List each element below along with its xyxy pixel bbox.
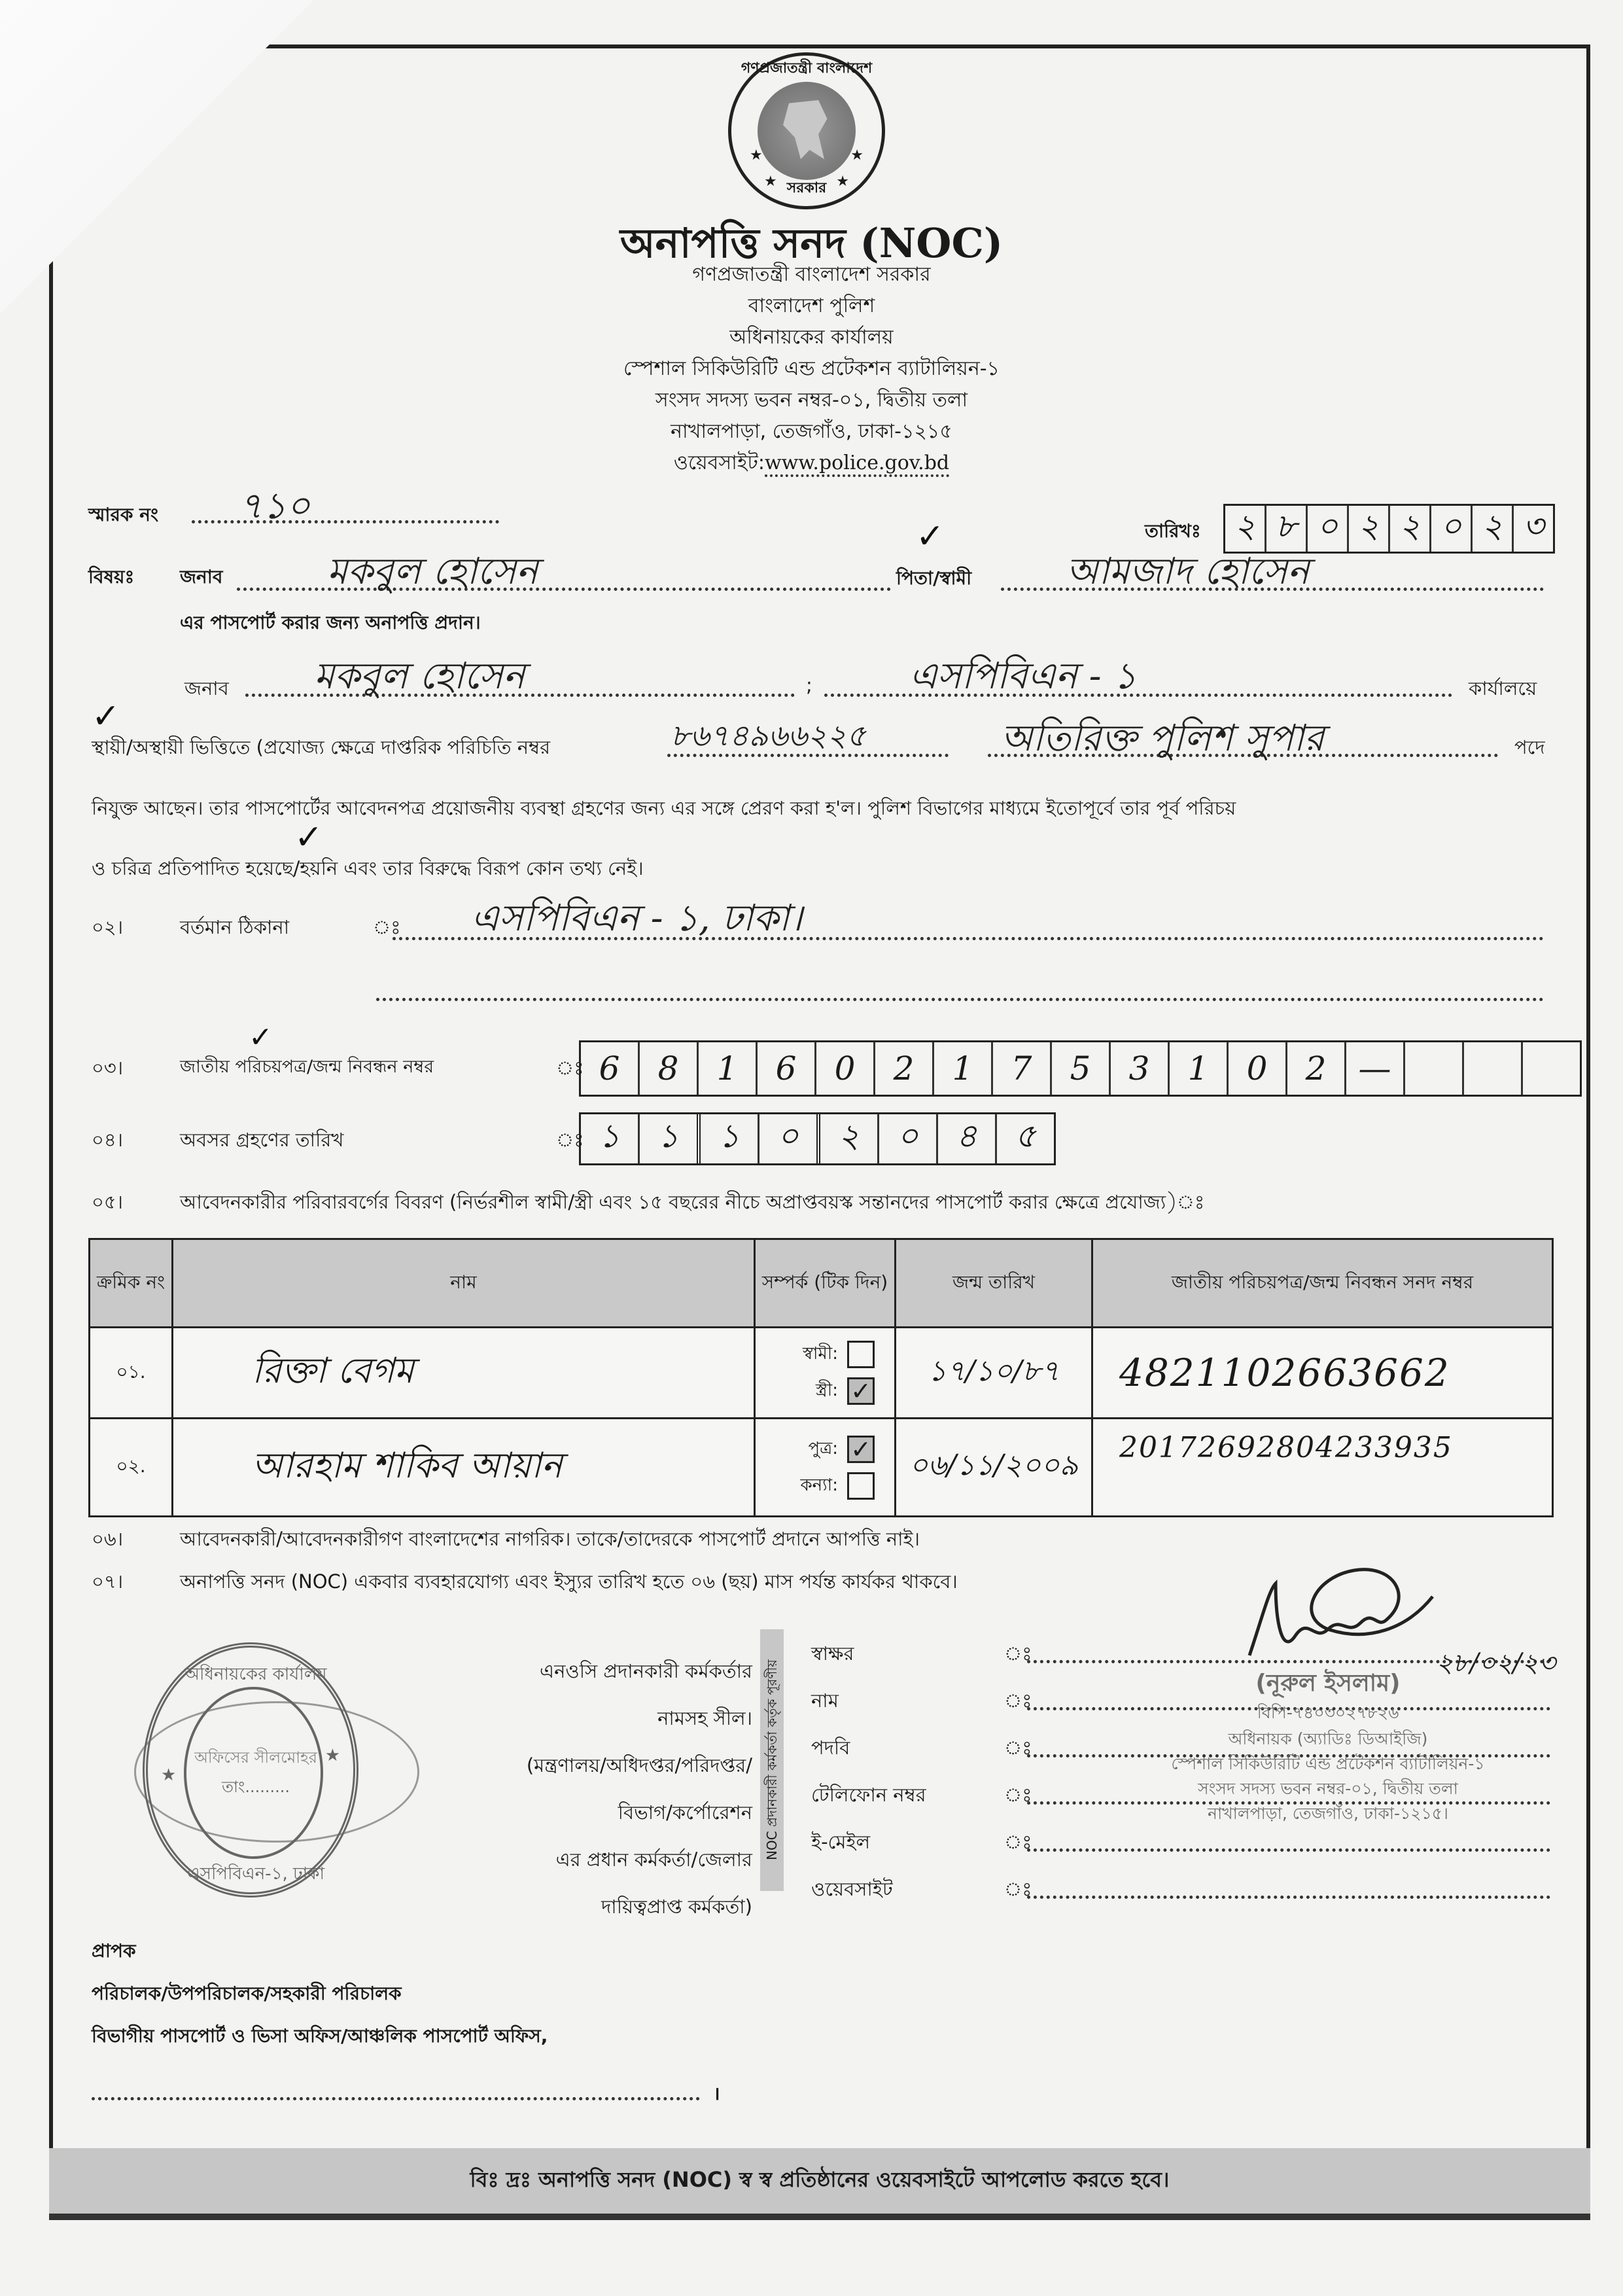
digit-box[interactable] xyxy=(1464,1042,1523,1095)
header-line: বাংলাদেশ পুলিশ xyxy=(0,290,1623,323)
member-name[interactable]: আরহাম শাকিব আয়ান xyxy=(173,1419,755,1517)
father-name[interactable]: আমজাদ হোসেন xyxy=(1066,543,1309,605)
seal-ring-text: গণপ্রজাতন্ত্রী বাংলাদেশ xyxy=(731,57,882,81)
recipient-line1: পরিচালক/উপপরিচালক/সহকারী পরিচালক xyxy=(92,1979,402,2010)
instruction-line: নামসহ সীল। xyxy=(393,1695,752,1742)
memo-number[interactable]: ৭১০ xyxy=(239,478,310,539)
digit-box[interactable]: 3 xyxy=(1111,1042,1170,1095)
digit-box[interactable] xyxy=(1405,1042,1464,1095)
retirement-date-field[interactable]: ১১১০২০৪৫ xyxy=(579,1112,1056,1165)
signatory-field-label: নাম xyxy=(811,1686,839,1718)
recipient-label: প্রাপক xyxy=(92,1937,136,1968)
relation-checkbox[interactable] xyxy=(847,1472,875,1500)
serial-cell: ০২. xyxy=(90,1419,173,1517)
memo-dots xyxy=(192,520,499,523)
digit-box[interactable]: 0 xyxy=(1229,1042,1287,1095)
instruction-line: বিভাগ/কর্পোরেশন xyxy=(393,1789,752,1836)
header-name: নাম xyxy=(173,1239,755,1328)
relation-checkbox[interactable]: ✓ xyxy=(847,1377,875,1405)
instruction-line: এর প্রধান কর্মকর্তা/জেলার xyxy=(393,1836,752,1883)
body-name[interactable]: মকবুল হোসেন xyxy=(314,648,525,709)
signatory-field-label: টেলিফোন নম্বর xyxy=(811,1780,926,1812)
family-label: আবেদনকারীর পরিবারবর্গের বিবরণ (নির্ভরশীল… xyxy=(180,1188,1204,1220)
recipient-line2: বিভাগীয় পাসপোর্ট ও ভিসা অফিস/আঞ্চলিক পা… xyxy=(92,2022,548,2053)
janab-label: জনাব xyxy=(180,563,222,593)
signatory-field-label: পদবি xyxy=(811,1733,850,1765)
item-number: ০৫। xyxy=(92,1188,123,1220)
serial-cell: ০১. xyxy=(90,1328,173,1419)
digit-box[interactable]: 7 xyxy=(993,1042,1052,1095)
header-nid: জাতীয় পরিচয়পত্র/জন্ম নিবন্ধন সনদ নম্বর xyxy=(1092,1239,1553,1328)
star-icon: ★ xyxy=(161,1765,176,1785)
nid-label: জাতীয় পরিচয়পত্র/জন্ম নিবন্ধন নম্বর xyxy=(180,1053,434,1083)
digit-box[interactable]: 2 xyxy=(1287,1042,1346,1095)
digit-box[interactable]: ৩ xyxy=(1514,506,1553,552)
relation-cell: পুত্র: ✓ কন্যা: xyxy=(755,1419,896,1517)
signatory-field-input[interactable] xyxy=(1027,1896,1550,1899)
digit-box[interactable]: ৫ xyxy=(997,1114,1054,1163)
colon: ঃ xyxy=(1004,1686,1032,1718)
office-suffix: কার্যালয়ে xyxy=(1469,674,1537,706)
member-dob[interactable]: ১৭/১০/৮৭ xyxy=(896,1328,1092,1419)
digit-box[interactable]: — xyxy=(1346,1042,1405,1095)
seal-date: তাং......... xyxy=(187,1775,324,1801)
father-label: পিতা/স্বামী xyxy=(896,564,971,595)
header-dob: জন্ম তারিখ xyxy=(896,1239,1092,1328)
recipient-end: । xyxy=(713,2081,720,2106)
digit-box[interactable]: ১ xyxy=(640,1114,701,1163)
check-mark-icon: ✓ xyxy=(249,1021,273,1054)
colon: ঃ xyxy=(1004,1733,1032,1765)
item-number: ০৪। xyxy=(92,1125,123,1157)
nid-field[interactable]: 6816021753102— xyxy=(579,1040,1582,1097)
government-seal: গণপ্রজাতন্ত্রী বাংলাদেশ ★ ★ ★ ★ সরকার xyxy=(728,52,885,209)
item-number: ০৩। xyxy=(92,1053,123,1086)
family-table: ক্রমিক নং নাম সম্পর্ক (টিক দিন) জন্ম তার… xyxy=(88,1238,1554,1517)
header-line: অধিনায়কের কার্যালয় xyxy=(0,321,1623,355)
header-line: সংসদ সদস্য ভবন নম্বর-০১, দ্বিতীয় তলা xyxy=(0,384,1623,417)
digit-box[interactable]: ১ xyxy=(581,1114,640,1163)
header-line: স্পেশাল সিকিউরিটি এন্ড প্রটেকশন ব্যাটালি… xyxy=(0,353,1623,386)
relation-label: স্বামী: xyxy=(803,1340,838,1369)
digit-box[interactable]: ০ xyxy=(1308,506,1349,552)
digit-box[interactable]: 1 xyxy=(1170,1042,1229,1095)
address-label: বর্তমান ঠিকানা xyxy=(180,913,289,945)
signatory-field-label: ওয়েবসাইট xyxy=(811,1875,893,1907)
website-label: ওয়েবসাইট: xyxy=(674,451,765,474)
digit-box[interactable]: 2 xyxy=(875,1042,934,1095)
digit-box[interactable]: 1 xyxy=(934,1042,993,1095)
relation-option[interactable]: স্ত্রী: ✓ xyxy=(756,1373,894,1409)
instruction-line: এনওসি প্রদানকারী কর্মকর্তার xyxy=(393,1648,752,1695)
star-icon: ★ xyxy=(750,147,763,164)
footer-note-text: বিঃ দ্রঃ অনাপত্তি সনদ (NOC) স্ব স্ব প্রত… xyxy=(470,2163,1169,2199)
member-nid[interactable]: 4821102663662 xyxy=(1092,1328,1553,1419)
star-icon: ★ xyxy=(325,1746,340,1765)
permanent-label: স্থায়ী/অস্থায়ী ভিত্তিতে (প্রযোজ্য ক্ষে… xyxy=(92,733,550,765)
stamp-name: (নূরুল ইসলাম) xyxy=(1184,1665,1472,1704)
note-text: অনাপত্তি সনদ (NOC) একবার ব্যবহারযোগ্য এব… xyxy=(180,1567,958,1599)
semicolon: ; xyxy=(806,674,812,696)
check-mark-icon: ✓ xyxy=(916,517,945,556)
digit-box[interactable]: ২ xyxy=(1473,506,1514,552)
member-dob[interactable]: ০৬/১১/২০০৯ xyxy=(896,1419,1092,1517)
office-name[interactable]: এসপিবিএন - ১ xyxy=(909,648,1137,709)
relation-label: পুত্র: xyxy=(808,1435,838,1464)
stamp-designation: অধিনায়ক (অ্যাডিঃ ডিআইজি) xyxy=(1184,1726,1472,1754)
signatory-field-label: স্বাক্ষর xyxy=(811,1639,854,1671)
digit-box[interactable]: ৪ xyxy=(938,1114,997,1163)
note-text: আবেদনকারী/আবেদনকারীগণ বাংলাদেশের নাগরিক।… xyxy=(180,1525,920,1557)
address-dots-line2 xyxy=(376,998,1544,1001)
member-name[interactable]: রিক্তা বেগম xyxy=(173,1328,755,1419)
instruction-line: দায়িত্বপ্রাপ্ত কর্মকর্তা) xyxy=(393,1883,752,1930)
header-serial: ক্রমিক নং xyxy=(90,1239,173,1328)
star-icon: ★ xyxy=(850,147,864,164)
website-link[interactable]: www.police.gov.bd xyxy=(765,451,949,477)
seal-bottom-text: এসপিবিএন-১, ঢাকা xyxy=(154,1860,357,1889)
vertical-strip: NOC প্রদানকারী কর্মকর্তা কর্তৃক পূরণীয় xyxy=(760,1629,784,1891)
website-line: ওয়েবসাইট:www.police.gov.bd xyxy=(0,447,1623,480)
digit-box[interactable]: ০ xyxy=(1431,506,1473,552)
relation-option[interactable]: কন্যা: xyxy=(756,1468,894,1504)
instruction-line: (মন্ত্রণালয়/অধিদপ্তর/পরিদপ্তর/ xyxy=(393,1742,752,1789)
digit-box[interactable]: 0 xyxy=(816,1042,875,1095)
item-number: ০৬। xyxy=(92,1525,123,1557)
stamp-bp-number: বিপি-৭৪০৩০২৭৮২৬ xyxy=(1184,1700,1472,1728)
relation-checkbox[interactable] xyxy=(847,1341,875,1368)
digit-box[interactable]: ২ xyxy=(820,1114,879,1163)
footer-note: বিঃ দ্রঃ অনাপত্তি সনদ (NOC) স্ব স্ব প্রত… xyxy=(49,2148,1590,2220)
relation-checkbox[interactable]: ✓ xyxy=(847,1436,875,1463)
subject-label: বিষয়ঃ xyxy=(88,563,134,593)
header-line: গণপ্রজাতন্ত্রী বাংলাদেশ সরকার xyxy=(0,258,1623,292)
colon: ঃ xyxy=(1004,1828,1032,1860)
digit-box[interactable]: 6 xyxy=(581,1042,640,1095)
signatory-instructions: এনওসি প্রদানকারী কর্মকর্তার নামসহ সীল। (… xyxy=(393,1648,752,1930)
digit-box[interactable]: ২ xyxy=(1390,506,1431,552)
digit-box[interactable]: 6 xyxy=(758,1042,816,1095)
recipient-office-dots xyxy=(92,2097,700,2100)
seal-bottom-text: সরকার xyxy=(731,177,882,201)
stamp-address: নাখালপাড়া, তেজগাঁও, ঢাকা-১২১৫। xyxy=(1151,1801,1505,1829)
colon: ঃ xyxy=(1004,1780,1032,1812)
stamp-address: সংসদ সদস্য ভবন নম্বর-০১, দ্বিতীয় তলা xyxy=(1151,1776,1505,1804)
designation-suffix: পদে xyxy=(1514,733,1545,765)
check-mark-icon: ✓ xyxy=(92,697,120,736)
family-row: ০২. আরহাম শাকিব আয়ান পুত্র: ✓ কন্যা: ০৬… xyxy=(90,1419,1553,1517)
paragraph-line2: ও চরিত্র প্রতিপাদিত হয়েছে/হয়নি এবং তার… xyxy=(92,854,644,886)
digit-box[interactable]: ০ xyxy=(759,1114,820,1163)
signatory-field-input[interactable] xyxy=(1027,1848,1550,1852)
signatory-field-label: ই-মেইল xyxy=(811,1828,870,1860)
bangladesh-map-emblem-icon xyxy=(758,82,856,180)
digit-box[interactable]: 8 xyxy=(640,1042,699,1095)
header-relation: সম্পর্ক (টিক দিন) xyxy=(755,1239,896,1328)
item-number: ০৭। xyxy=(92,1567,123,1599)
digit-box[interactable]: ০ xyxy=(879,1114,938,1163)
body-janab-label: জনাব xyxy=(184,674,229,706)
member-nid[interactable]: 20172692804233935 xyxy=(1092,1419,1553,1517)
address-value[interactable]: এসপিবিএন - ১, ঢাকা। xyxy=(471,890,803,951)
retirement-label: অবসর গ্রহণের তারিখ xyxy=(180,1125,343,1157)
digit-box[interactable]: ১ xyxy=(701,1114,759,1163)
header-line: নাখালপাড়া, তেজগাঁও, ঢাকা-১২১৫ xyxy=(0,415,1623,449)
designation[interactable]: অতিরিক্ত পুলিশ সুপার xyxy=(1001,710,1324,771)
official-id[interactable]: ৮৬৭৪৯৬৬২২৫ xyxy=(671,713,866,763)
relation-label: স্ত্রী: xyxy=(816,1377,838,1405)
memo-label: স্মারক নং xyxy=(88,501,158,531)
digit-box[interactable]: 1 xyxy=(699,1042,758,1095)
colon: ঃ xyxy=(1004,1639,1032,1671)
office-seal: অধিনায়কের কার্যালয় অফিসের সীলমোহর তাং.… xyxy=(143,1642,358,1898)
relation-label: কন্যা: xyxy=(800,1472,838,1500)
relation-option[interactable]: স্বামী: xyxy=(756,1336,894,1373)
digit-box[interactable]: ২ xyxy=(1349,506,1390,552)
relation-option[interactable]: পুত্র: ✓ xyxy=(756,1431,894,1468)
colon: ঃ xyxy=(1004,1875,1032,1907)
applicant-name[interactable]: মকবুল হোসেন xyxy=(327,543,538,605)
subject-line2: এর পাসপোর্ট করার জন্য অনাপত্তি প্রদান। xyxy=(180,609,481,639)
check-mark-icon: ✓ xyxy=(294,818,323,857)
digit-box[interactable]: 5 xyxy=(1052,1042,1111,1095)
signature-icon xyxy=(1236,1557,1446,1669)
item-number: ০২। xyxy=(92,913,123,945)
stamp-unit: স্পেশাল সিকিউরিটি এন্ড প্রটেকশন ব্যাটালি… xyxy=(1151,1751,1505,1779)
relation-cell: স্বামী: স্ত্রী: ✓ xyxy=(755,1328,896,1419)
family-row: ০১. রিক্তা বেগম স্বামী: স্ত্রী: ✓ ১৭/১০/… xyxy=(90,1328,1553,1419)
seal-top-text: অধিনায়কের কার্যালয় xyxy=(161,1661,351,1689)
seal-middle-text: অফিসের সীলমোহর xyxy=(174,1746,338,1772)
digit-box[interactable] xyxy=(1523,1042,1580,1095)
